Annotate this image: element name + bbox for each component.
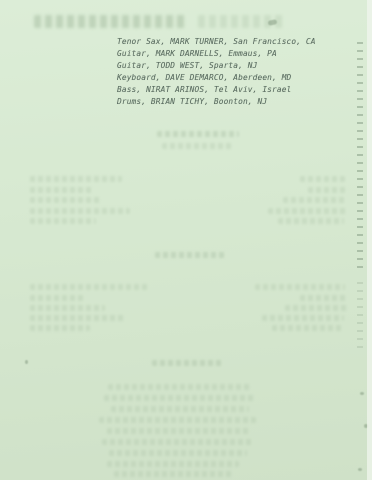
bleed-through-heading bbox=[155, 252, 225, 258]
bleed-through-line bbox=[109, 450, 247, 456]
credit-line-keyboard: Keyboard, DAVE DEMARCO, Aberdeen, MD bbox=[117, 72, 316, 84]
bleed-through-line bbox=[30, 305, 105, 311]
scanned-page: Tenor Sax, MARK TURNER, San Francisco, C… bbox=[0, 0, 372, 480]
bleed-through-title bbox=[34, 15, 186, 28]
bleed-through-line bbox=[30, 218, 96, 224]
bleed-through-line bbox=[308, 187, 348, 193]
credit-line-bass: Bass, NIRAT ARINOS, Tel Aviv, Israel bbox=[117, 84, 316, 96]
bleed-through-line bbox=[255, 284, 345, 290]
bleed-through-heading bbox=[162, 143, 232, 149]
bleed-through-line bbox=[278, 218, 344, 224]
bleed-through-line bbox=[30, 197, 102, 203]
bleed-through-line bbox=[285, 305, 347, 311]
credit-line-guitar-2: Guitar, TODD WEST, Sparta, NJ bbox=[117, 60, 316, 72]
bleed-through-line bbox=[30, 325, 90, 331]
bleed-through-heading bbox=[152, 360, 224, 366]
credit-line-tenor-sax: Tenor Sax, MARK TURNER, San Francisco, C… bbox=[117, 36, 316, 48]
bleed-through-line bbox=[283, 197, 345, 203]
bleed-through-line bbox=[102, 439, 253, 445]
torn-edge-perforation bbox=[357, 42, 363, 274]
bleed-through-line bbox=[114, 471, 232, 477]
credits-block: Tenor Sax, MARK TURNER, San Francisco, C… bbox=[117, 36, 316, 108]
bleed-through-line bbox=[99, 417, 256, 423]
bleed-through-line bbox=[30, 315, 125, 321]
bleed-through-line bbox=[300, 176, 345, 182]
torn-edge-perforation bbox=[357, 282, 363, 352]
bleed-through-line bbox=[30, 208, 130, 214]
paper-speck bbox=[25, 360, 28, 364]
credit-line-guitar-1: Guitar, MARK DARNELLS, Emmaus, PA bbox=[117, 48, 316, 60]
paper-speck bbox=[358, 468, 362, 471]
bleed-through-line bbox=[108, 384, 250, 390]
page-right-edge bbox=[367, 0, 372, 480]
bleed-through-line bbox=[262, 315, 344, 321]
bleed-through-line bbox=[107, 428, 250, 434]
bleed-through-line bbox=[30, 176, 122, 182]
bleed-through-line bbox=[107, 461, 239, 467]
bleed-through-line bbox=[30, 284, 150, 290]
bleed-through-line bbox=[111, 406, 249, 412]
bleed-through-line bbox=[268, 208, 346, 214]
bleed-through-line bbox=[30, 187, 92, 193]
bleed-through-heading bbox=[157, 131, 239, 137]
bleed-through-line bbox=[300, 295, 348, 301]
bleed-through-line bbox=[30, 295, 85, 301]
bleed-through-line bbox=[104, 395, 254, 401]
bleed-through-line bbox=[272, 325, 344, 331]
credit-line-drums: Drums, BRIAN TICHY, Boonton, NJ bbox=[117, 96, 316, 108]
paper-speck bbox=[360, 392, 364, 395]
